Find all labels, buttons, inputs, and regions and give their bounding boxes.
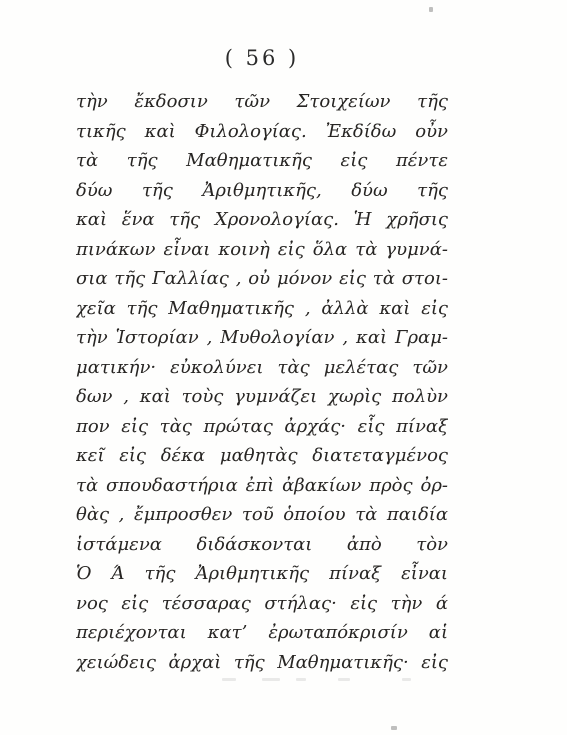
text-line: τὴν Ἱστορίαν , Μυθολογίαν , καὶ Γραμ- [76, 323, 448, 353]
text-line: χεῖα τῆς Μαθηματικῆς , ἀλλὰ καὶ εἰς [76, 294, 448, 324]
text-line: περιέχονται κατ’ ἐρωταπόκρισίν αἱ στοι- [76, 618, 448, 648]
body-text: τὴν ἔκδοσιν τῶν Στοιχείων τῆς Μαθημα-τικ… [76, 87, 448, 677]
text-line: τὰ τῆς Μαθηματικῆς εἰς πέντε Πίνακας· [76, 146, 448, 176]
scan-speck [402, 678, 411, 681]
scan-speck [262, 678, 280, 681]
text-line: Ὁ Ά τῆς Ἀριθμητικῆς πίναξ εἶναι διῃρημέ- [76, 559, 448, 589]
text-line: τὴν ἔκδοσιν τῶν Στοιχείων τῆς Μαθημα- [76, 87, 448, 117]
text-line: τικῆς καὶ Φιλολογίας. Ἐκδίδω οὖν πρῶτον [76, 117, 448, 147]
text-line: σια τῆς Γαλλίας , οὐ μόνον εἰς τὰ στοι- [76, 264, 448, 294]
text-line: κεῖ εἰς δέκα μαθητὰς διατεταγμένος εἰς [76, 441, 448, 471]
text-line: καὶ ἕνα τῆς Χρονολογίας. Ἡ χρῆσις τῶν [76, 205, 448, 235]
text-line: χειώδεις ἀρχαὶ τῆς Μαθηματικῆς· εἰς τὴν [76, 648, 448, 678]
text-line: πινάκων εἶναι κοινὴ εἰς ὅλα τὰ γυμνά- [76, 235, 448, 265]
text-line: ἱστάμενα διδάσκονται ἀπὸ τὸν σχολάρχην. [76, 530, 448, 560]
text-line: ματικήν· εὐκολύνει τὰς μελέτας τῶν παί- [76, 353, 448, 383]
scan-speck [222, 678, 236, 681]
scan-speck [338, 678, 350, 681]
scan-speck [391, 726, 397, 730]
text-line: δύω τῆς Ἀριθμητικῆς, δύω τῆς Γεωγραφίας, [76, 176, 448, 206]
text-line: δων , καὶ τοὺς γυμνάζει χωρὶς πολὺν κό- [76, 382, 448, 412]
text-line: θὰς , ἔμπροσθεν τοῦ ὁποίου τὰ παιδία [76, 500, 448, 530]
text-line: τὰ σπουδαστήρια ἐπὶ ἀβακίων πρὸς ὀρ- [76, 471, 448, 501]
text-line: νος εἰς τέσσαρας στήλας· εἰς τὴν ά τούτω… [76, 589, 448, 619]
text-line: πον εἰς τὰς πρώτας ἀρχάς· εἷς πίναξ ἀρ- [76, 412, 448, 442]
scanned-book-page: ( 56 ) τὴν ἔκδοσιν τῶν Στοιχείων τῆς Μαθ… [0, 0, 567, 735]
scan-speck [429, 7, 433, 12]
page-number: ( 56 ) [76, 46, 448, 70]
scan-speck [296, 678, 306, 681]
